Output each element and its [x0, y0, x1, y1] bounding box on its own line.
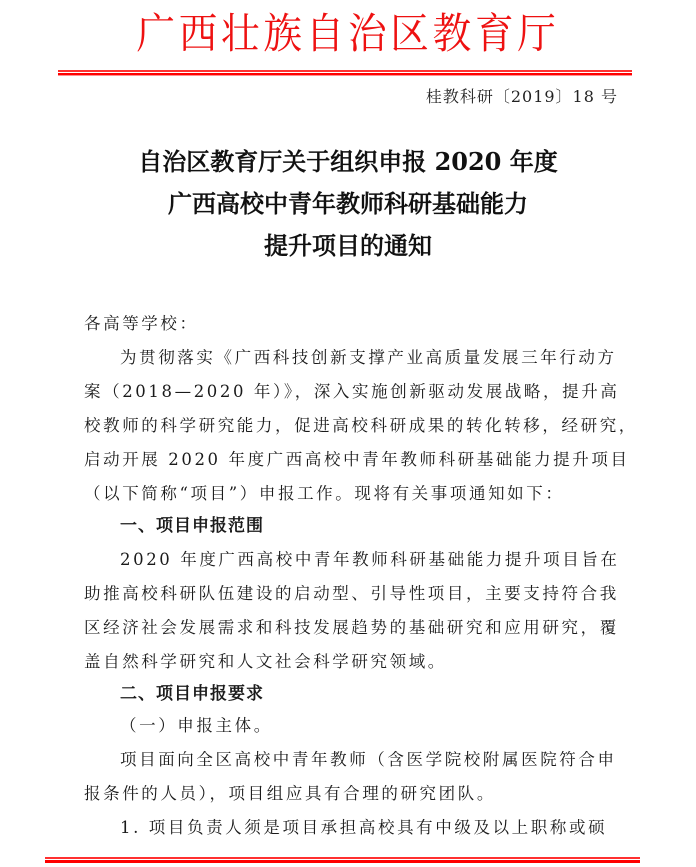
section-heading-2: 二、项目申报要求: [84, 676, 660, 712]
list-item-1: 1. 项目负责人须是项目承担高校具有中级及以上职称或硕: [84, 810, 660, 846]
footer-divider: [45, 857, 640, 863]
subsection-heading: （一）申报主体。: [84, 708, 660, 744]
paragraph-line: 启动开展 2020 年度广西高校中青年教师科研基础能力提升项目: [84, 442, 624, 478]
title-line-3: 提升项目的通知: [0, 228, 696, 264]
paragraph-line: 校教师的科学研究能力，促进高校科研成果的转化转移，经研究，: [84, 408, 624, 444]
paragraph-line: （以下简称“项目”）申报工作。现将有关事项通知如下：: [84, 476, 624, 512]
paragraph-line: 项目面向全区高校中青年教师（含医学院校附属医院符合申: [84, 742, 660, 778]
paragraph-line: 2020 年度广西高校中青年教师科研基础能力提升项目旨在: [84, 542, 660, 578]
section-heading-1: 一、项目申报范围: [84, 508, 660, 544]
title-line-1: 自治区教育厅关于组织申报 2020 年度: [0, 144, 696, 180]
document-number: 桂教科研〔2019〕18 号: [426, 84, 618, 107]
paragraph-line: 为贯彻落实《广西科技创新支撑产业高质量发展三年行动方: [84, 340, 660, 376]
salutation: 各高等学校：: [84, 306, 624, 342]
issuer-masthead: 广西壮族自治区教育厅: [28, 6, 668, 62]
paragraph-line: 助推高校科研队伍建设的启动型、引导性项目，主要支持符合我: [84, 576, 624, 612]
paragraph-line: 区经济社会发展需求和科技发展趋势的基础研究和应用研究，覆: [84, 610, 624, 646]
paragraph-line: 盖自然科学研究和人文社会科学研究领域。: [84, 644, 624, 680]
paragraph-line: 报条件的人员），项目组应具有合理的研究团队。: [84, 776, 624, 812]
masthead-divider: [58, 70, 632, 76]
title-line-2: 广西高校中青年教师科研基础能力: [0, 186, 696, 222]
paragraph-line: 案（2018—2020 年）》，深入实施创新驱动发展战略，提升高: [84, 374, 624, 410]
